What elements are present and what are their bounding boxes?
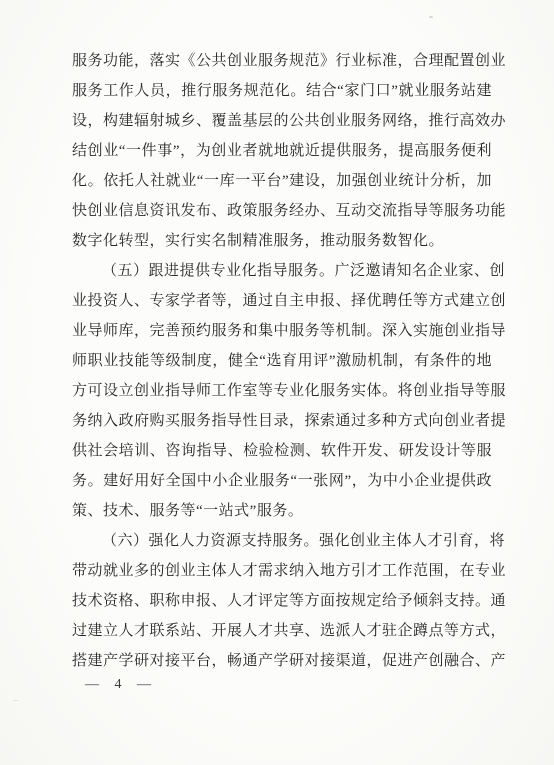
text-line: 服务功能，落实《公共创业服务规范》行业标准，合理配置创业 — [72, 46, 492, 76]
text-line: 技术资格、职称申报、人才评定等方面按规定给予倾斜支持。通 — [72, 586, 492, 616]
text-line: 过建立人才联系站、开展人才共享、选派人才驻企蹲点等方式， — [72, 616, 492, 646]
text-line: 业导师库，完善预约服务和集中服务等机制。深入实施创业指导 — [72, 316, 492, 346]
text-line: 业投资人、专家学者等，通过自主申报、择优聘任等方式建立创 — [72, 286, 492, 316]
text-line: 化。依托人社就业“一库一平台”建设，加强创业统计分析，加 — [72, 166, 492, 196]
text-line: 方可设立创业指导师工作室等专业化服务实体。将创业指导等服 — [72, 376, 492, 406]
text-line: 带动就业多的创业主体人才需求纳入地方引才工作范围，在专业 — [72, 556, 492, 586]
scan-speck — [13, 700, 18, 701]
text-line-section-6-heading: （六）强化人力资源支持服务。强化创业主体人才引育，将 — [72, 526, 492, 556]
text-line: 服务工作人员，推行服务规范化。结合“家门口”就业服务站建 — [72, 76, 492, 106]
text-line: 搭建产学研对接平台，畅通产学研对接渠道，促进产创融合、产 — [72, 646, 492, 676]
text-line: 设，构建辐射城乡、覆盖基层的公共创业服务网络，推行高效办 — [72, 106, 492, 136]
document-page: 服务功能，落实《公共创业服务规范》行业标准，合理配置创业 服务工作人员，推行服务… — [0, 0, 554, 765]
text-line: 快创业信息资讯发布、政策服务经办、互动交流指导等服务功能 — [72, 196, 492, 226]
text-line: 供社会培训、咨询指导、检验检测、软件开发、研发设计等服 — [72, 436, 492, 466]
document-text-block: 服务功能，落实《公共创业服务规范》行业标准，合理配置创业 服务工作人员，推行服务… — [72, 46, 492, 676]
text-line-paragraph-end: 数字化转型，实行实名制精准服务，推动服务数智化。 — [72, 226, 492, 256]
text-line-section-5-heading: （五）跟进提供专业化指导服务。广泛邀请知名企业家、创 — [72, 256, 492, 286]
text-line-paragraph-end: 策、技术、服务等“一站式”服务。 — [72, 496, 492, 526]
page-number: — 4 — — [85, 677, 157, 693]
text-line: 结创业“一件事”，为创业者就地就近提供服务，提高服务便利 — [72, 136, 492, 166]
scan-speck — [429, 16, 433, 18]
text-line: 务。建好用好全国中小企业服务“一张网”，为中小企业提供政 — [72, 466, 492, 496]
text-line: 师职业技能等级制度，健全“选育用评”激励机制，有条件的地 — [72, 346, 492, 376]
text-line: 务纳入政府购买服务指导性目录，探索通过多种方式向创业者提 — [72, 406, 492, 436]
